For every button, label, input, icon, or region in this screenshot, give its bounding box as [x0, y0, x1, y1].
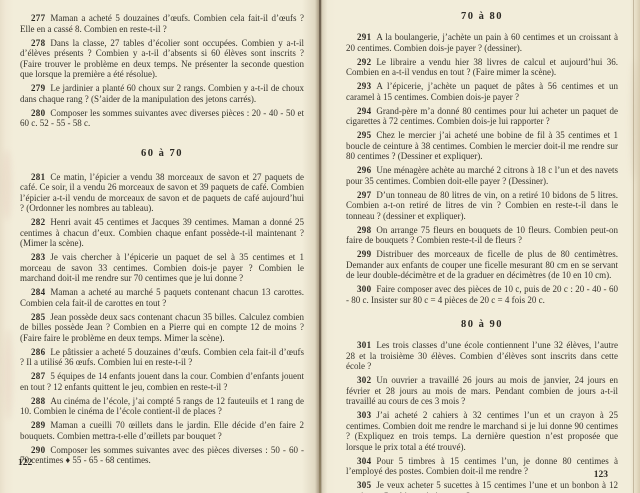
problem-text: Les trois classes d’une école contiennen…: [346, 340, 618, 371]
page-gutter: [302, 0, 336, 493]
problem-item: 301Les trois classes d’une école contien…: [346, 340, 618, 372]
problem-text: Grand-père m’a donné 80 centimes pour lu…: [346, 106, 618, 127]
problem-item: 279Le jardinier a planté 60 choux sur 2 …: [20, 83, 304, 104]
scan-smudge: [2, 150, 12, 220]
problem-item: 289Maman a cueilli 70 œillets dans le ja…: [20, 420, 304, 441]
problem-number: 304: [357, 456, 376, 466]
problem-text: Je vais chercher à l’épicerie un paquet …: [20, 252, 304, 283]
problem-text: Composer les sommes suivantes avec des p…: [20, 445, 304, 466]
problem-number: 287: [31, 371, 50, 381]
problem-number: 292: [357, 57, 376, 67]
page-left-content: 277Maman a acheté 5 douzaines d’œufs. Co…: [20, 13, 304, 466]
problem-item: 293A l’épicerie, j’achète un paquet de p…: [346, 81, 618, 102]
problem-number: 281: [31, 172, 50, 182]
problem-item: 299Distribuer des morceaux de ficelle de…: [346, 249, 618, 281]
problem-text: Ce matin, l’épicier a vendu 38 morceaux …: [20, 172, 304, 214]
problem-item: 280Composer les sommes suivantes avec di…: [20, 108, 304, 129]
problem-item: 302Un ouvrier a travaillé 26 jours au mo…: [346, 375, 618, 407]
problem-text: 5 équipes de 14 enfants jouent dans la c…: [20, 371, 304, 392]
problem-text: Distribuer des morceaux de ficelle de pl…: [346, 249, 618, 280]
problem-number: 279: [31, 83, 50, 93]
problem-number: 300: [357, 284, 376, 294]
problem-item: 300Faire composer avec des pièces de 10 …: [346, 284, 618, 305]
problem-number: 286: [31, 347, 50, 357]
section-header: 80 à 90: [346, 319, 618, 330]
problem-item: 281Ce matin, l’épicier a vendu 38 morcea…: [20, 172, 304, 214]
problem-number: 280: [31, 108, 50, 118]
problem-number: 301: [357, 340, 376, 350]
problem-number: 296: [357, 165, 376, 175]
problem-number: 298: [357, 225, 376, 235]
problem-number: 282: [31, 217, 50, 227]
problem-item: 294Grand-père m’a donné 80 centimes pour…: [346, 106, 618, 127]
problem-text: A la boulangerie, j’achète un pain à 60 …: [346, 32, 618, 53]
problem-text: J’ai acheté 2 cahiers à 32 centimes l’un…: [346, 410, 618, 452]
problem-number: 278: [31, 38, 50, 48]
problem-item: 291A la boulangerie, j’achète un pain à …: [346, 32, 618, 53]
problem-item: 278Dans la classe, 27 tables d’écolier s…: [20, 38, 304, 80]
problem-text: On arrange 75 fleurs en bouquets de 10 f…: [346, 225, 618, 246]
problem-item: 282Henri avait 45 centimes et Jacques 39…: [20, 217, 304, 249]
problem-item: 297D’un tonneau de 80 litres de vin, on …: [346, 190, 618, 222]
problem-item: 305Je veux acheter 5 sucettes à 15 centi…: [346, 480, 618, 493]
problem-text: Pour 5 timbres à 15 centimes l’un, je do…: [346, 456, 618, 477]
problem-text: Au cinéma de l’école, j’ai compté 5 rang…: [20, 396, 304, 417]
problem-item: 286Le pâtissier a acheté 5 douzaines d’œ…: [20, 347, 304, 368]
problem-number: 277: [31, 13, 50, 23]
problem-text: Le libraire a vendu hier 38 livres de ca…: [346, 57, 618, 78]
problem-text: Le jardinier a planté 60 choux sur 2 ran…: [20, 83, 304, 104]
problem-number: 294: [357, 106, 376, 116]
page-number-left: 122: [18, 458, 32, 468]
problem-item: 303J’ai acheté 2 cahiers à 32 centimes l…: [346, 410, 618, 452]
problem-number: 293: [357, 81, 376, 91]
problem-number: 305: [357, 480, 376, 490]
problem-text: Une ménagère achète au marché 2 citrons …: [346, 165, 618, 186]
problem-number: 285: [31, 312, 50, 322]
problem-item: 304Pour 5 timbres à 15 centimes l’un, je…: [346, 456, 618, 477]
problem-item: 283Je vais chercher à l’épicerie un paqu…: [20, 252, 304, 284]
problem-text: Un ouvrier a travaillé 26 jours au mois …: [346, 375, 618, 406]
problem-number: 284: [31, 287, 50, 297]
problem-item: 290Composer les sommes suivantes avec de…: [20, 445, 304, 466]
problem-item: 288Au cinéma de l’école, j’ai compté 5 r…: [20, 396, 304, 417]
problem-text: Faire composer avec des pièces de 10 c, …: [346, 284, 618, 305]
problem-number: 290: [31, 445, 50, 455]
problem-item: 284Maman a acheté au marché 5 paquets co…: [20, 287, 304, 308]
problem-item: 296Une ménagère achète au marché 2 citro…: [346, 165, 618, 186]
book-scan: 277Maman a acheté 5 douzaines d’œufs. Co…: [0, 0, 640, 493]
problem-text: Dans la classe, 27 tables d’écolier sont…: [20, 38, 304, 80]
problem-number: 289: [31, 420, 50, 430]
problem-item: 2875 équipes de 14 enfants jouent dans l…: [20, 371, 304, 392]
problem-number: 295: [357, 130, 376, 140]
problem-number: 288: [31, 396, 50, 406]
problem-text: Maman a acheté 5 douzaines d’œufs. Combi…: [20, 13, 304, 34]
problem-item: 292Le libraire a vendu hier 38 livres de…: [346, 57, 618, 78]
problem-item: 295Chez le mercier j’ai acheté une bobin…: [346, 130, 618, 162]
problem-item: 298On arrange 75 fleurs en bouquets de 1…: [346, 225, 618, 246]
problem-text: Chez le mercier j’ai acheté une bobine d…: [346, 130, 618, 161]
problem-item: 277Maman a acheté 5 douzaines d’œufs. Co…: [20, 13, 304, 34]
problem-text: Jean possède deux sacs contenant chacun …: [20, 312, 304, 343]
problem-text: A l’épicerie, j’achète un paquet de pâte…: [346, 81, 618, 102]
problem-number: 299: [357, 249, 376, 259]
section-header: 60 à 70: [20, 148, 304, 159]
scan-smudge: [4, 330, 13, 420]
page-number-right: 123: [594, 470, 608, 480]
problem-text: Composer les sommes suivantes avec diver…: [20, 108, 304, 129]
problem-text: Le pâtissier a acheté 5 douzaines d’œufs…: [20, 347, 304, 368]
problem-text: Maman a acheté au marché 5 paquets conte…: [20, 287, 304, 308]
page-left: 277Maman a acheté 5 douzaines d’œufs. Co…: [0, 0, 314, 493]
problem-text: Je veux acheter 5 sucettes à 15 centimes…: [346, 480, 618, 493]
page-right-content: 70 à 80291A la boulangerie, j’achète un …: [346, 11, 618, 493]
problem-text: Henri avait 45 centimes et Jacques 39 ce…: [20, 217, 304, 248]
problem-number: 283: [31, 252, 50, 262]
problem-item: 285Jean possède deux sacs contenant chac…: [20, 312, 304, 344]
problem-number: 297: [357, 190, 376, 200]
section-header: 70 à 80: [346, 11, 618, 22]
page-right: 70 à 80291A la boulangerie, j’achète un …: [332, 0, 632, 493]
problem-text: D’un tonneau de 80 litres de vin, on a r…: [346, 190, 618, 221]
problem-number: 291: [357, 32, 376, 42]
problem-number: 302: [357, 375, 376, 385]
scan-smudge: [630, 60, 638, 180]
problem-text: Maman a cueilli 70 œillets dans le jardi…: [20, 420, 304, 441]
problem-number: 303: [357, 410, 376, 420]
